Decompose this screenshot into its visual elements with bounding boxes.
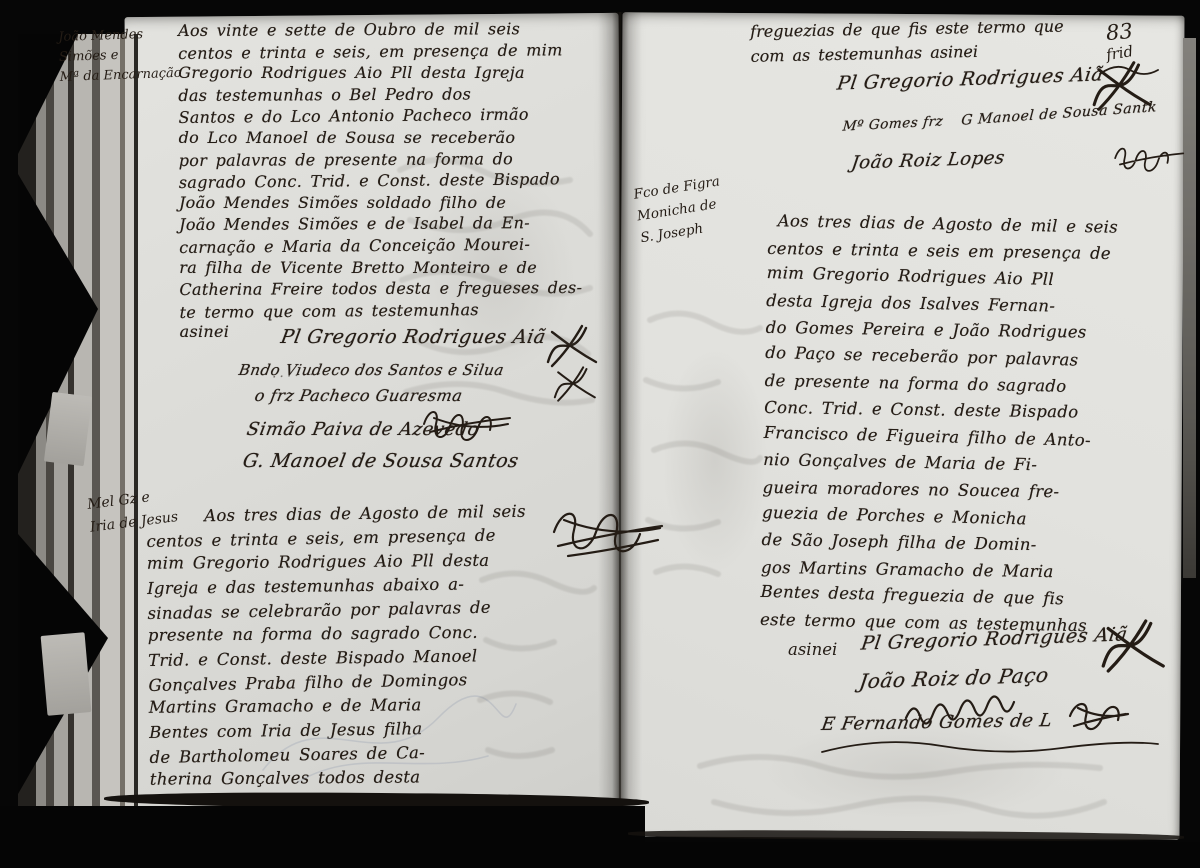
signature: E Fernando Gomes de L: [820, 710, 1054, 735]
marriage-record-3: Aos tres dias de Agosto de mil e seiscen…: [760, 208, 1168, 641]
manuscript-line: carnação e Maria da Conceição Mourei-: [179, 233, 629, 259]
manuscript-line: mim Gregorio Rodrigues Aio Pll desta: [147, 548, 627, 576]
closing-word: asinei: [788, 640, 837, 659]
photo-background: [0, 806, 645, 868]
photo-background: [618, 842, 1200, 868]
manuscript-line: Martins Gramacho e de Maria: [149, 692, 629, 720]
signature: G. Manoel de Sousa Santos: [241, 450, 548, 472]
page-edge-strip: [100, 34, 120, 858]
page-edge-stack: [18, 34, 138, 858]
signature: Bndo Viudeco dos Santos e Silua: [237, 361, 547, 379]
manuscript-line: presente na forma do sagrado Conc.: [148, 620, 628, 648]
next-page-edge: [1183, 38, 1196, 578]
manuscript-line: do Lco Manoel de Sousa se receberão: [179, 127, 629, 149]
marriage-record-2: Aos tres dias de Agosto de mil seiscento…: [146, 498, 630, 793]
manuscript-line: te termo que com as testemunhas: [179, 297, 629, 323]
manuscript-line: centos e trinta e seis, em presença de m…: [178, 38, 628, 64]
signature: Simão Paiva de Azevedo: [245, 419, 547, 440]
manuscript-line: ra filha de Vicente Bretto Monteiro e de: [179, 256, 629, 278]
manuscript-line: Catherina Freire todos desta e fregueses…: [179, 277, 629, 301]
manuscript-line: Santos e do Lco Antonio Pacheco irmão: [178, 103, 628, 129]
page-edge-strip: [92, 34, 100, 858]
page-tab: [41, 632, 92, 716]
manuscript-line: Gregorio Rodrigues Aio Pll desta Igreja: [178, 62, 628, 84]
signature: o frz Pacheco Guaresma: [253, 386, 547, 405]
page-edge-strip: [125, 34, 134, 858]
manuscript-line: João Mendes Simões soldado filho de: [179, 192, 629, 214]
page-tab: [44, 392, 92, 466]
manuscript-line: therina Gonçalves todos desta: [150, 764, 630, 792]
manuscript-line: sagrado Conc. Trid. e Const. deste Bispa…: [179, 168, 629, 194]
marriage-record-1: Aos vinte e sette de Oubro de mil seisce…: [178, 18, 630, 344]
page-edge-strip: [134, 34, 138, 858]
closing-lines-previous-record: freguezias de que fis este termo quecom …: [750, 13, 1131, 68]
signature: Pl Gregorio Rodrigues Aiã: [279, 326, 548, 348]
manuscript-photo: João MendesSimões eMª da Encarnação Aos …: [0, 0, 1200, 868]
signature-block-left: Pl Gregorio Rodrigues AiãBndo Viudeco do…: [235, 326, 546, 472]
manuscript-line: Aos vinte e sette de Oubro de mil seis: [178, 18, 628, 42]
